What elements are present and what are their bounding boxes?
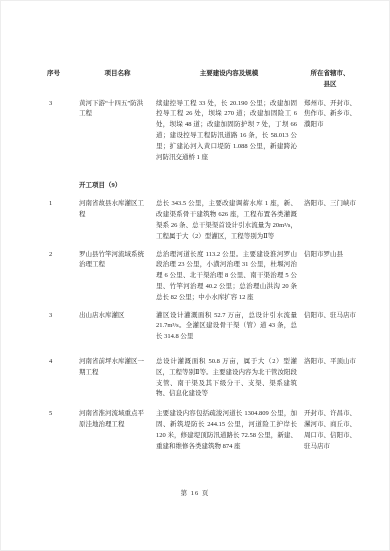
project-content: 灌区设计灌溉面积 52.7 万亩，总设计引水流量 21.7m³/s。全灌区建设骨… <box>156 311 302 343</box>
project-name: 黄河下游“十四五”防洪工程 <box>79 99 156 164</box>
column-header-location-line2: 县区 <box>302 80 358 91</box>
table-row: 5 河南省淮河流域重点平原洼地治理工程 主要建设内容包括疏浚河道长 1304.8… <box>1 409 389 452</box>
project-content: 续建控导工程 33 处，长 20.190 公里；改建加固控导工程 26 处，坝垛… <box>156 99 302 164</box>
project-name: 出山店水库灌区 <box>79 311 156 343</box>
table-row: 3 黄河下游“十四五”防洪工程 续建控导工程 33 处，长 20.190 公里；… <box>1 99 389 164</box>
project-content: 总设计灌溉面积 50.8 万亩，属于大（2）型灌区，工程等别Ⅱ等。主要建设内容为… <box>156 357 302 400</box>
project-name: 河南省前坪水库灌区一期工程 <box>79 357 156 400</box>
table-row: 1 河南省故县水库灌区工程 总长 343.5 公里，主要改建调蓄水库 1 座，新… <box>1 199 389 242</box>
project-content: 主要建设内容包括疏浚河道长 1304.809 公里，加固、新筑堤防长 244.1… <box>156 409 302 452</box>
column-header-no: 序号 <box>47 69 79 91</box>
row-number: 3 <box>47 311 79 343</box>
document-page: 序号 项目名称 主要建设内容及规模 所在省辖市、 县区 3 黄河下游“十四五”防… <box>0 0 390 551</box>
row-number: 4 <box>47 357 79 400</box>
project-location: 开封市、许昌市、漯河市、商丘市、周口市、信阳市、驻马店市 <box>302 409 358 452</box>
project-content: 总长 343.5 公里，主要改建调蓄水库 1 座，新、改建渠系骨干建筑物 626… <box>156 199 302 242</box>
page-number: 第 16 页 <box>1 488 389 499</box>
row-number: 5 <box>47 409 79 452</box>
table-row: 4 河南省前坪水库灌区一期工程 总设计灌溉面积 50.8 万亩，属于大（2）型灌… <box>1 357 389 400</box>
row-number: 2 <box>47 250 79 304</box>
project-name: 河南省故县水库灌区工程 <box>79 199 156 242</box>
project-location: 信阳市罗山县 <box>302 250 358 304</box>
row-number: 3 <box>47 99 79 164</box>
project-location: 洛阳市、三门峡市 <box>302 199 358 242</box>
table-header: 序号 项目名称 主要建设内容及规模 所在省辖市、 县区 <box>1 69 389 91</box>
project-name: 河南省淮河流域重点平原洼地治理工程 <box>79 409 156 452</box>
project-content: 总治理河道长度 113.2 公里。主要建设淮河罗山段治理 23 公里，小潢河治理… <box>156 250 302 304</box>
column-header-location: 所在省辖市、 县区 <box>302 69 358 91</box>
column-header-content: 主要建设内容及规模 <box>156 69 302 91</box>
project-location: 郑州市、开封市、焦作市、新乡市、濮阳市 <box>302 99 358 164</box>
row-number: 1 <box>47 199 79 242</box>
project-location: 洛阳市、平顶山市 <box>302 357 358 400</box>
section-title: 开工项目（9） <box>1 180 389 191</box>
column-header-location-line1: 所在省辖市、 <box>302 69 358 80</box>
table-row: 3 出山店水库灌区 灌区设计灌溉面积 52.7 万亩，总设计引水流量 21.7m… <box>1 311 389 343</box>
table-row: 2 罗山县竹竿河流域系统治理工程 总治理河道长度 113.2 公里。主要建设淮河… <box>1 250 389 304</box>
project-name: 罗山县竹竿河流域系统治理工程 <box>79 250 156 304</box>
column-header-name: 项目名称 <box>79 69 156 91</box>
project-location: 信阳市、驻马店市 <box>302 311 358 343</box>
